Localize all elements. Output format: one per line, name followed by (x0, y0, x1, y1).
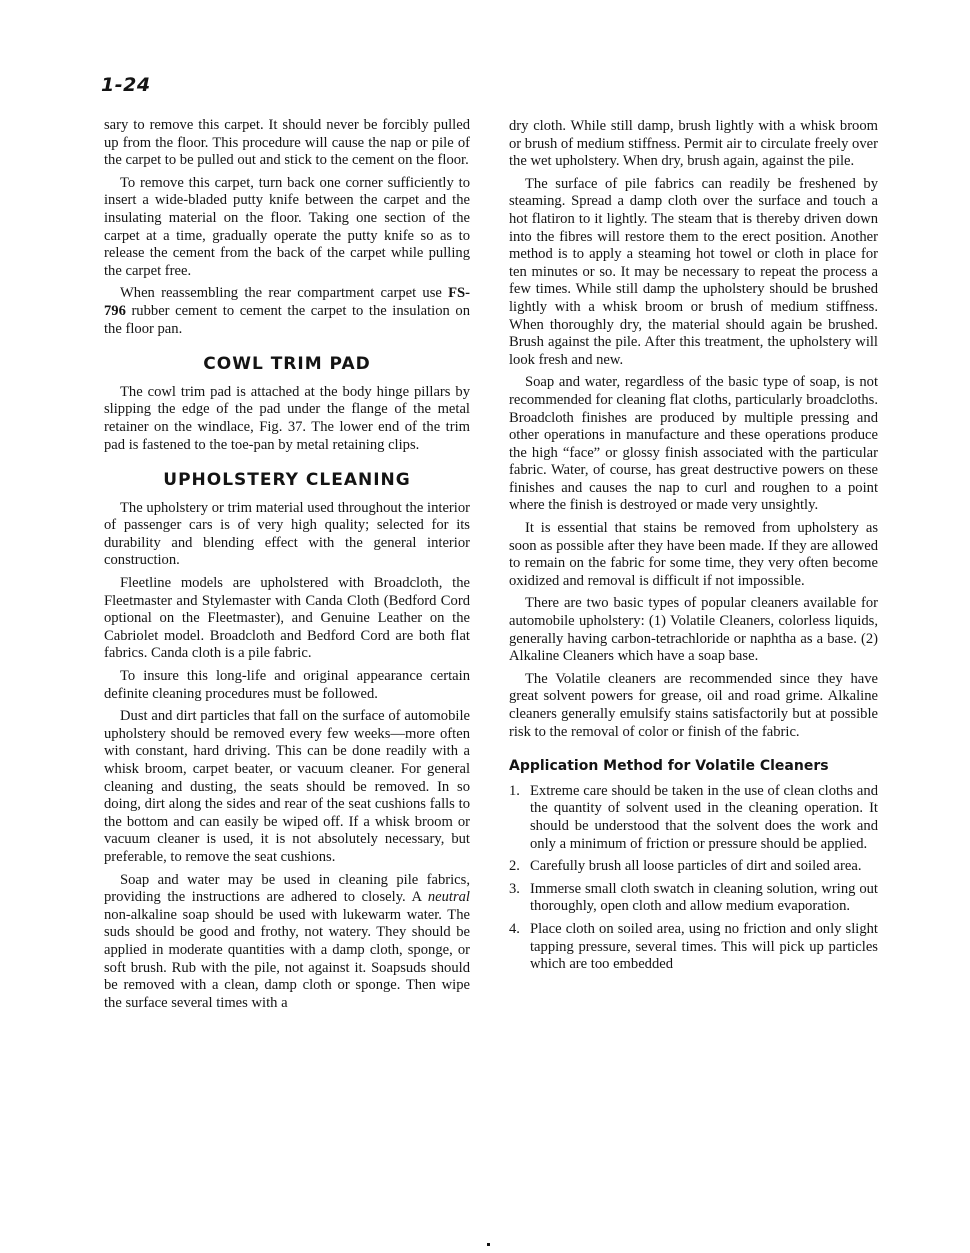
print-artifact-dot (487, 1243, 490, 1246)
paragraph-upholstery-models: Fleetline models are upholstered with Br… (104, 575, 470, 663)
paragraph-volatile-cleaners: The Volatile cleaners are recommended si… (509, 671, 878, 741)
left-column: sary to remove this carpet. It should ne… (104, 117, 470, 1017)
paragraph-stains: It is essential that stains be removed f… (509, 520, 878, 590)
paragraph-cowl-trim-pad: The cowl trim pad is attached at the bod… (104, 384, 470, 454)
text-fragment: non-alkaline soap should be used with lu… (104, 907, 470, 1011)
paragraph-cleaner-types: There are two basic types of popular cle… (509, 595, 878, 665)
right-column: dry cloth. While still damp, brush light… (509, 118, 878, 979)
step-text: Extreme care should be taken in the use … (530, 783, 878, 852)
paragraph-steaming: The surface of pile fabrics can readily … (509, 176, 878, 370)
list-item-step-2: 2.Carefully brush all loose particles of… (509, 858, 878, 876)
subheading-application-method: Application Method for Volatile Cleaners (509, 758, 878, 776)
list-item-step-1: 1.Extreme care should be taken in the us… (509, 783, 878, 853)
text-fragment: Soap and water may be used in cleaning p… (104, 872, 470, 906)
step-number: 1. (509, 783, 520, 801)
text-fragment: rubber cement to cement the carpet to th… (104, 303, 470, 337)
list-item-step-4: 4.Place cloth on soiled area, using no f… (509, 921, 878, 974)
emphasis-neutral: neutral (428, 889, 470, 905)
paragraph-cleaning-procedures: To insure this long-life and original ap… (104, 668, 470, 703)
section-heading-cowl-trim-pad: COWL TRIM PAD (104, 356, 470, 374)
step-text: Carefully brush all loose particles of d… (530, 858, 862, 874)
page-number: 1-24 (101, 74, 151, 96)
paragraph-dust-removal: Dust and dirt particles that fall on the… (104, 708, 470, 866)
application-steps-list: 1.Extreme care should be taken in the us… (509, 783, 878, 974)
step-text: Immerse small cloth swatch in cleaning s… (530, 881, 878, 915)
paragraph-soap-and-water: Soap and water may be used in cleaning p… (104, 872, 470, 1013)
paragraph-upholstery-quality: The upholstery or trim material used thr… (104, 500, 470, 570)
section-heading-upholstery-cleaning: UPHOLSTERY CLEANING (104, 472, 470, 490)
list-item-step-3: 3.Immerse small cloth swatch in cleaning… (509, 881, 878, 916)
paragraph-carpet-removal-procedure: To remove this carpet, turn back one cor… (104, 175, 470, 281)
paragraph-flat-cloths: Soap and water, regardless of the basic … (509, 374, 878, 515)
paragraph-carpet-removal-continued: sary to remove this carpet. It should ne… (104, 117, 470, 170)
step-number: 4. (509, 921, 520, 939)
step-text: Place cloth on soiled area, using no fri… (530, 921, 878, 972)
step-number: 3. (509, 881, 520, 899)
step-number: 2. (509, 858, 520, 876)
paragraph-carpet-reassembly: When reassembling the rear compartment c… (104, 285, 470, 338)
text-fragment: When reassembling the rear compartment c… (120, 285, 448, 301)
paragraph-drying-continued: dry cloth. While still damp, brush light… (509, 118, 878, 171)
